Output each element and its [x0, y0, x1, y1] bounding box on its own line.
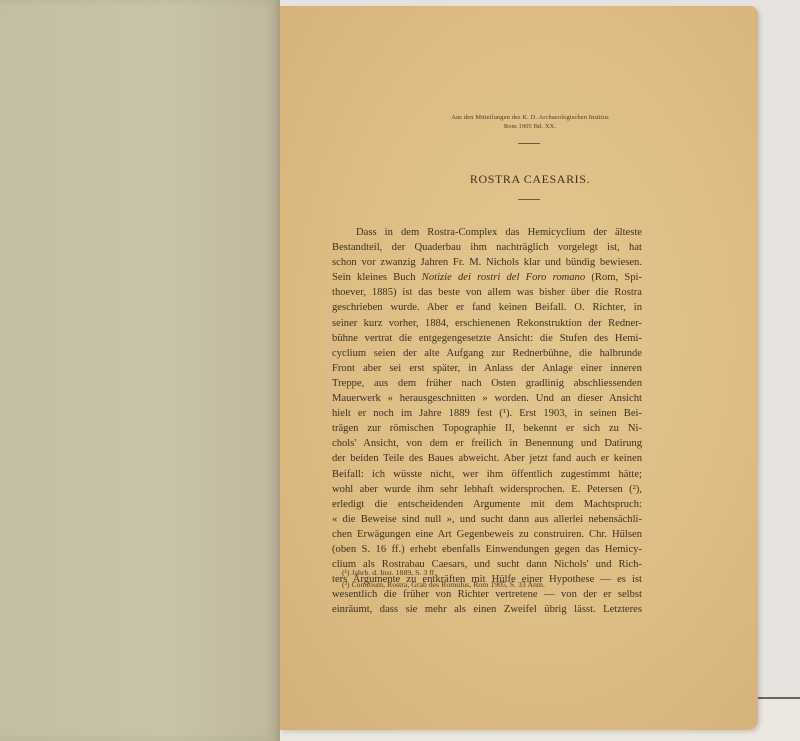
body-line: Beifall: ich wüsste nicht, wer ihm öffen… — [332, 467, 642, 482]
body-line-end: (Rom, Spi- — [585, 272, 642, 283]
body-line: Treppe, aus dem früher nach Osten gradli… — [332, 376, 642, 391]
body-line: chols' Ansicht, von dem er freilich in B… — [332, 436, 642, 451]
title-rule — [518, 199, 540, 200]
body-line: trägen zur römischen Topographie II, bek… — [332, 421, 642, 436]
book-title-italic: Notizie dei rostri del Foro romano — [422, 272, 585, 283]
book-cover — [0, 0, 278, 741]
page-title: ROSTRA CAESARIS. — [380, 172, 680, 187]
body-line: Bestandteil, der Quaderbau ihm nachträgl… — [332, 240, 642, 255]
header-line-1: Aus den Mitteilungen des K. D. Archaeolo… — [380, 113, 680, 122]
body-line: « die Beweise sind null », und sucht dan… — [332, 512, 642, 527]
cover-edge — [272, 0, 280, 741]
body-line-start: Sein kleines Buch — [332, 272, 422, 283]
body-line: chen Erwägungen eine Art Gegenbeweis zu … — [332, 527, 642, 542]
body-line: Mauerwerk « herausgeschnitten » worden. … — [332, 391, 642, 406]
body-line: Sein kleines Buch Notizie dei rostri del… — [332, 270, 642, 285]
body-line: hielt er noch im Jahre 1889 fest (¹). Er… — [332, 406, 642, 421]
body-line: thoever, 1885) ist das beste von allem w… — [332, 285, 642, 300]
footnotes: (¹) Jahrb. d. Inst. 1889, S. 3 ff. (²) C… — [342, 567, 545, 591]
body-line: geschrieben wurde. Aber er fand keinen B… — [332, 300, 642, 315]
body-line: (oben S. 16 ff.) erhebt ebenfalls Einwen… — [332, 542, 642, 557]
body-line: bühne vertrat die entgegengesetzte Ansic… — [332, 331, 642, 346]
header-line-2: Rom 1905 Bd. XX. — [380, 122, 680, 131]
body-line: der beiden Teile des Baues abweicht. Abe… — [332, 451, 642, 466]
body-line: Dass in dem Rostra-Complex das Hemicycli… — [332, 225, 642, 240]
footnote-1: (¹) Jahrb. d. Inst. 1889, S. 3 ff. — [342, 567, 545, 579]
body-line: cyclium seien der alte Aufgang zur Redne… — [332, 346, 642, 361]
body-line: seiner kurz vorher, 1884, erschienenen R… — [332, 316, 642, 331]
body-text: Dass in dem Rostra-Complex das Hemicycli… — [332, 225, 642, 617]
body-line: einräumt, dass sie mehr als einen Zweife… — [332, 602, 642, 617]
body-line: Front aber sei erst später, in Anlass de… — [332, 361, 642, 376]
document-page: Aus den Mitteilungen des K. D. Archaeolo… — [280, 6, 758, 730]
footnote-2: (²) Comitium, Rostra, Grab des Romulus, … — [342, 579, 545, 591]
body-line: wohl aber wurde ihm sehr lebhaft widersp… — [332, 482, 642, 497]
publication-header: Aus den Mitteilungen des K. D. Archaeolo… — [380, 113, 680, 131]
body-line: erledigt die entscheidenden Argumente mi… — [332, 497, 642, 512]
body-line: schon vor zwanzig Jahren Fr. M. Nichols … — [332, 255, 642, 270]
header-rule — [518, 143, 540, 144]
